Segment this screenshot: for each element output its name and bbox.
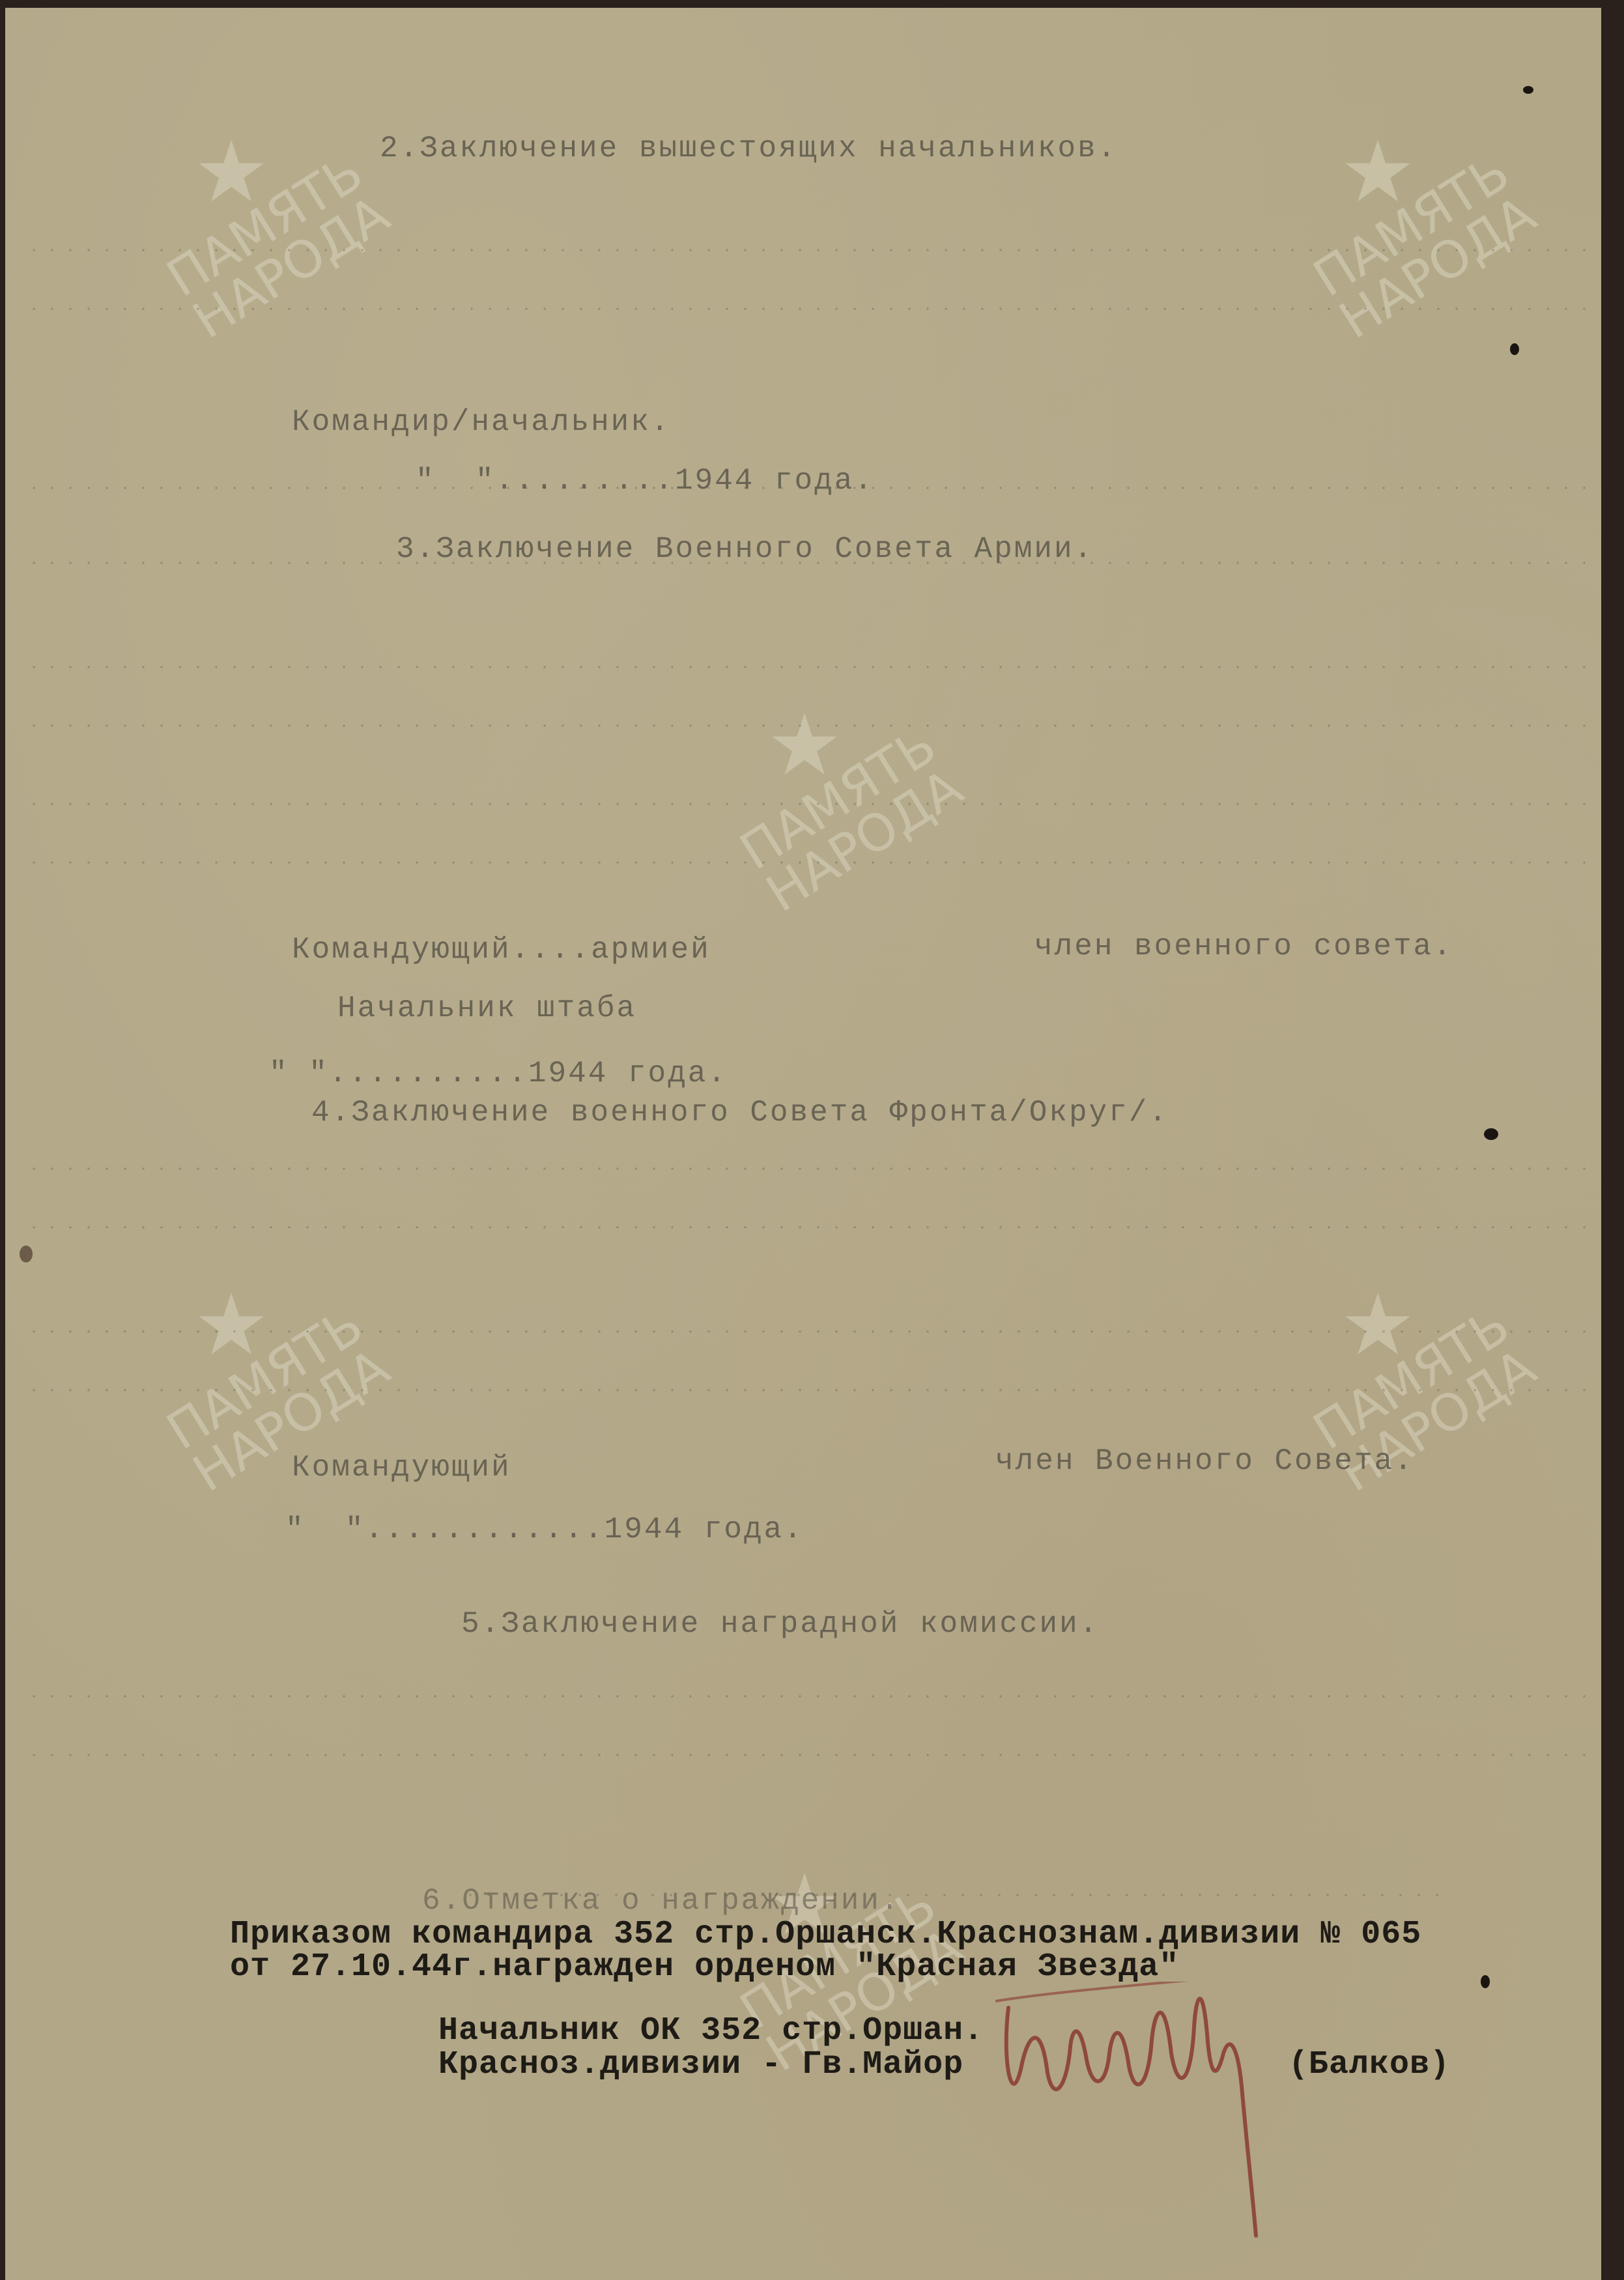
award-order-line-2: от 27.10.44г.награжден орденом "Красная … [230, 1950, 1179, 1984]
watermark-text: ПАМЯТЬ [1303, 1296, 1520, 1462]
section2-heading: 2.Заключение вышестоящих начальников. [380, 132, 1117, 165]
watermark-top-right: ★ ПАМЯТЬ НАРОДА [1264, 81, 1543, 347]
watermark-text: НАРОДА [757, 758, 973, 924]
watermark-text: ПАМЯТЬ [157, 143, 373, 309]
section3-right-signer: член военного совета. [1034, 930, 1453, 963]
section3-left-signer: Командующий....армией [292, 933, 711, 967]
section4-left-signer: Командующий [292, 1451, 511, 1485]
watermark-text: НАРОДА [1330, 185, 1546, 350]
section2-signer: Командир/начальник. [292, 405, 671, 439]
section4-heading: 4.Заключение военного Совета Фронта/Окру… [311, 1096, 1169, 1130]
document-page: ★ ПАМЯТЬ НАРОДА ★ ПАМЯТЬ НАРОДА ★ ПАМЯТЬ… [5, 8, 1601, 2280]
form-dotted-line [25, 1695, 1588, 1698]
watermark-text: НАРОДА [1330, 1338, 1546, 1503]
form-dotted-line [25, 1226, 1588, 1229]
watermark-text: ПАМЯТЬ [730, 717, 947, 882]
form-dotted-line [25, 1330, 1588, 1333]
section5-heading: 5.Заключение наградной комиссии. [461, 1607, 1099, 1641]
paper-mark [1481, 1975, 1490, 1988]
section4-right-signer: член Военного Совета. [995, 1444, 1414, 1478]
form-dotted-line [25, 1389, 1588, 1391]
form-dotted-line [25, 666, 1588, 668]
watermark-text: НАРОДА [184, 185, 400, 350]
watermark-text: ПАМЯТЬ [157, 1296, 373, 1462]
paper-mark [20, 1246, 33, 1262]
signatory-line-1: Начальник ОК 352 стр.Оршан. [438, 2014, 984, 2048]
paper-mark [1523, 86, 1533, 94]
section2-date: " ".........1944 года. [416, 464, 874, 498]
signatory-line-2: Красноз.дивизии - Гв.Майор [438, 2048, 963, 2082]
paper-mark [1510, 343, 1519, 355]
section3-chief-of-staff: Начальник штаба [337, 991, 636, 1025]
form-dotted-line [25, 249, 1588, 251]
star-icon: ★ [696, 706, 914, 784]
paper-mark [1484, 1128, 1498, 1140]
section3-heading: 3.Заключение Военного Совета Армии. [396, 532, 1094, 566]
star-icon: ★ [1269, 1286, 1487, 1364]
watermark-text: ПАМЯТЬ [1303, 143, 1520, 309]
form-dotted-line [25, 861, 1588, 864]
watermark-center: ★ ПАМЯТЬ НАРОДА [691, 654, 970, 920]
handwritten-signature [995, 1982, 1334, 2242]
form-dotted-line [25, 1754, 1588, 1756]
award-order-line-1: Приказом командира 352 стр.Оршанск.Красн… [230, 1918, 1421, 1952]
section3-date: " "..........1944 года. [269, 1057, 728, 1090]
star-icon: ★ [1269, 133, 1487, 211]
star-icon: ★ [122, 133, 341, 211]
form-dotted-line [25, 1167, 1588, 1170]
watermark-top-left: ★ ПАМЯТЬ НАРОДА [118, 81, 397, 347]
form-dotted-line [25, 803, 1588, 805]
section6-heading: 6.Отметка о награждении. [422, 1884, 901, 1918]
form-dotted-line [25, 307, 1588, 310]
star-icon: ★ [122, 1286, 341, 1364]
section4-date: " "............1944 года. [285, 1513, 804, 1546]
form-dotted-line [25, 724, 1588, 727]
